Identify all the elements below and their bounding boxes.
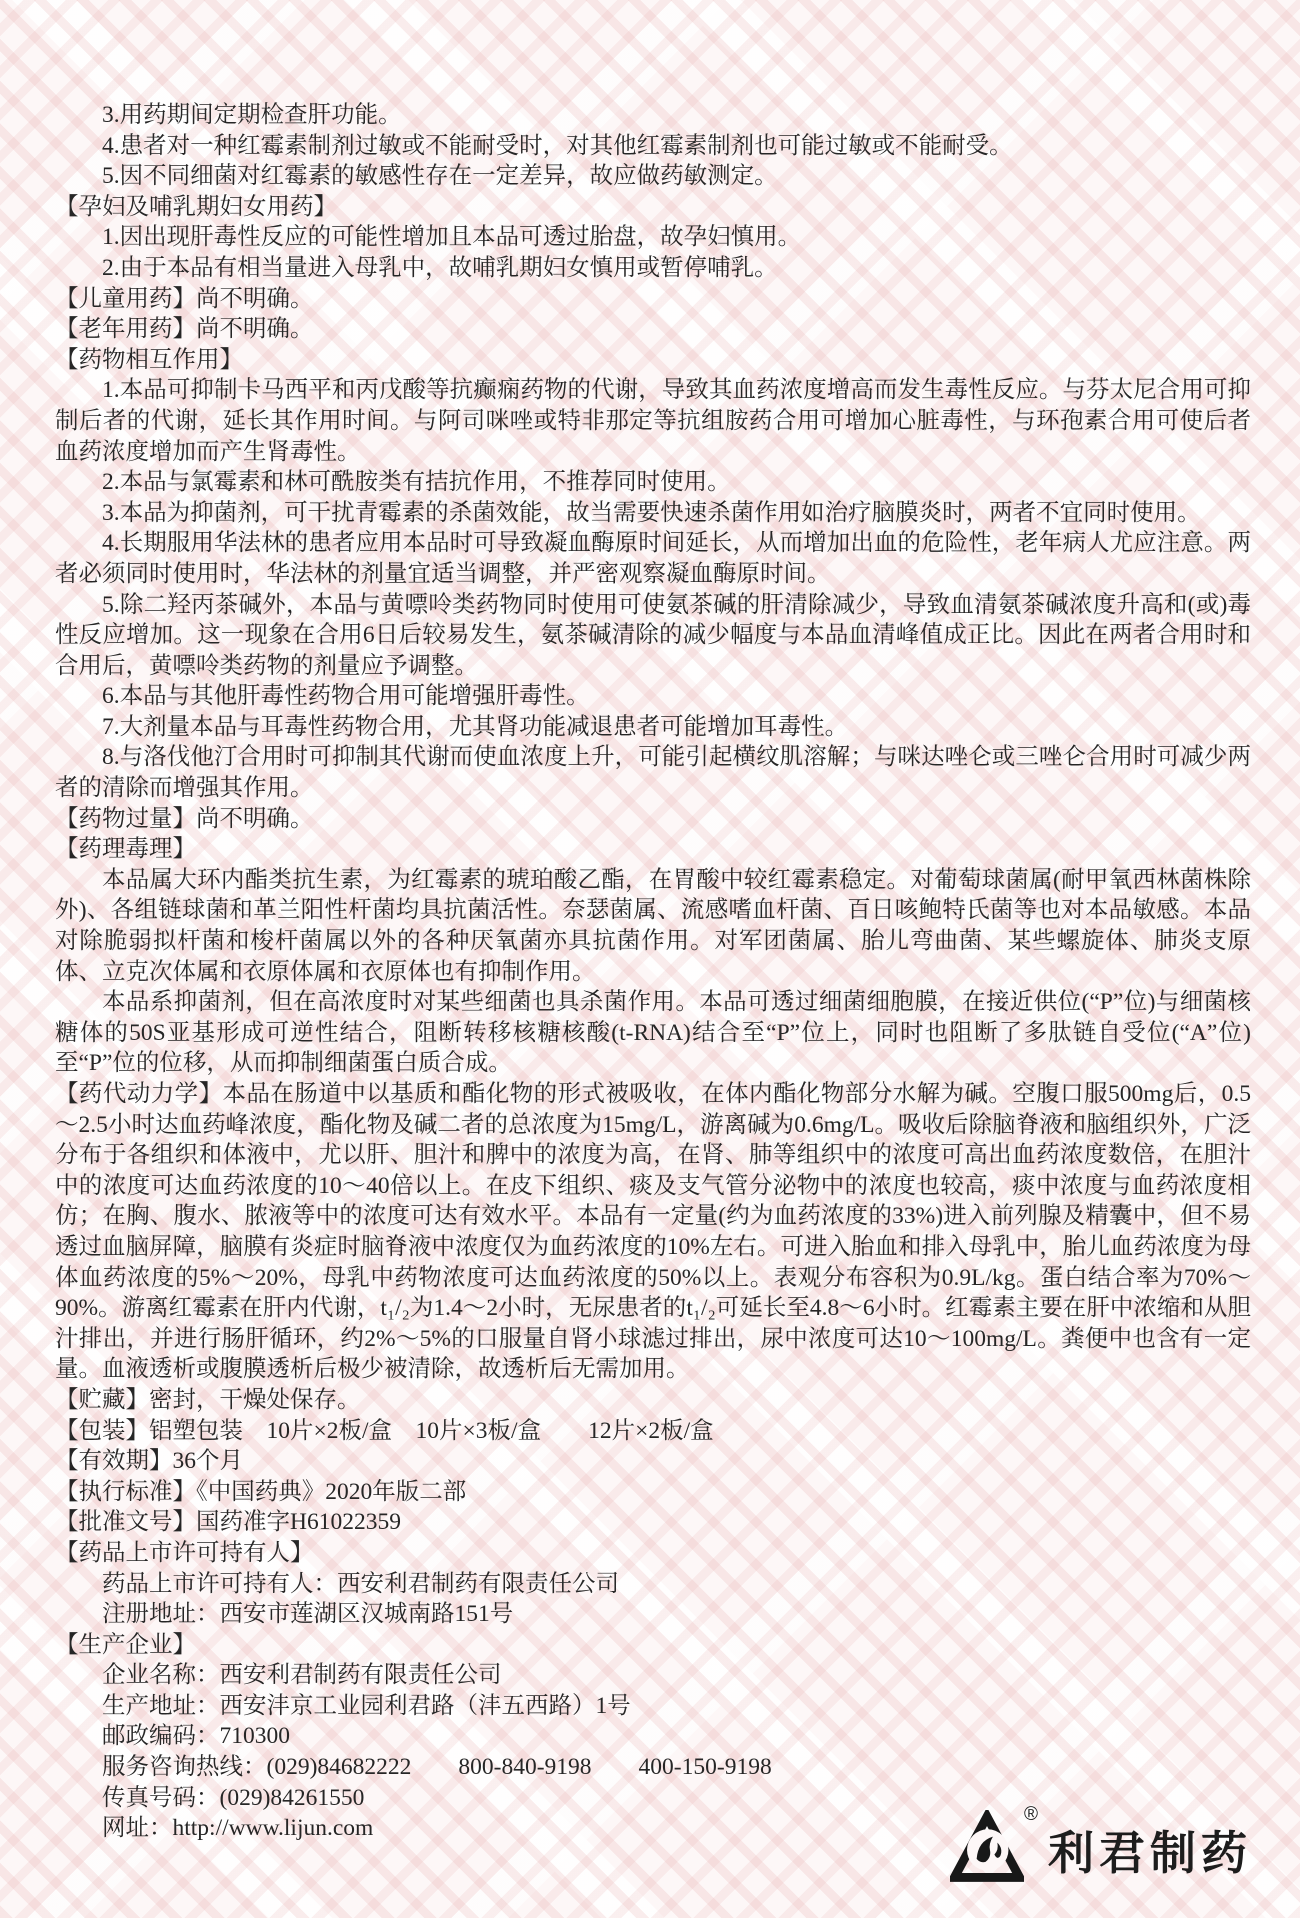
text-line: 3.用药期间定期检查肝功能。	[55, 100, 1251, 131]
text-line: 8.与洛伐他汀合用时可抑制其代谢而使血浓度上升，可能引起横纹肌溶解；与咪达唑仑或…	[55, 742, 1251, 803]
text-line: 注册地址：西安市莲湖区汉城南路151号	[55, 1599, 1251, 1630]
text-line: 2.本品与氯霉素和林可酰胺类有拮抗作用，不推荐同时使用。	[55, 467, 1251, 498]
brand-footer: ® 利君制药	[950, 1810, 1252, 1890]
text-line: 5.因不同细菌对红霉素的敏感性存在一定差异，故应做药敏测定。	[55, 161, 1251, 192]
text-line: 【药代动力学】本品在肠道中以基质和酯化物的形式被吸收，在体内酯化物部分水解为碱。…	[55, 1079, 1251, 1385]
text-line: 1.因出现肝毒性反应的可能性增加且本品可透过胎盘，故孕妇慎用。	[55, 222, 1251, 253]
text-line: 【药物过量】尚不明确。	[55, 804, 1251, 835]
text-line: 生产地址：西安沣京工业园利君路（沣五西路）1号	[55, 1691, 1251, 1722]
text-line: 传真号码：(029)84261550	[55, 1783, 1251, 1814]
text-line: 5.除二羟丙茶碱外，本品与黄嘌呤类药物同时使用可使氨茶碱的肝清除减少，导致血清氨…	[55, 590, 1251, 682]
text-line: 4.患者对一种红霉素制剂过敏或不能耐受时，对其他红霉素制剂也可能过敏或不能耐受。	[55, 131, 1251, 162]
text-line: 【药物相互作用】	[55, 345, 1251, 376]
text-line: 【老年用药】尚不明确。	[55, 314, 1251, 345]
text-line: 【包装】铝塑包装 10片×2板/盒 10片×3板/盒 12片×2板/盒	[55, 1416, 1251, 1447]
text-line: 服务咨询热线：(029)84682222 800-840-9198 400-15…	[55, 1752, 1251, 1783]
text-line: 邮政编码：710300	[55, 1721, 1251, 1752]
lijun-logo-icon: ®	[950, 1810, 1024, 1890]
text-line: 【执行标准】《中国药典》2020年版二部	[55, 1477, 1251, 1508]
text-line: 企业名称：西安利君制药有限责任公司	[55, 1660, 1251, 1691]
text-line: 7.大剂量本品与耳毒性药物合用，尤其肾功能减退患者可能增加耳毒性。	[55, 712, 1251, 743]
package-insert-page: { "colors": { "paper": "#fdf7f7", "water…	[0, 0, 1300, 1918]
text-line: 6.本品与其他肝毒性药物合用可能增强肝毒性。	[55, 681, 1251, 712]
text-line: 3.本品为抑菌剂，可干扰青霉素的杀菌效能，故当需要快速杀菌作用如治疗脑膜炎时，两…	[55, 498, 1251, 529]
text-line: 【儿童用药】尚不明确。	[55, 284, 1251, 315]
text-line: 4.长期服用华法林的患者应用本品时可导致凝血酶原时间延长，从而增加出血的危险性，…	[55, 528, 1251, 589]
text-line: 2.由于本品有相当量进入母乳中，故哺乳期妇女慎用或暂停哺乳。	[55, 253, 1251, 284]
text-line: 本品系抑菌剂，但在高浓度时对某些细菌也具杀菌作用。本品可透过细菌细胞膜，在接近供…	[55, 987, 1251, 1079]
text-line: 【药理毒理】	[55, 834, 1251, 865]
text-line: 【药品上市许可持有人】	[55, 1538, 1251, 1569]
text-line: 1.本品可抑制卡马西平和丙戊酸等抗癫痫药物的代谢，导致其血药浓度增高而发生毒性反…	[55, 375, 1251, 467]
registered-trademark-symbol: ®	[1024, 1804, 1038, 1826]
text-line: 【贮藏】密封，干燥处保存。	[55, 1385, 1251, 1416]
text-line: 【批准文号】国药准字H61022359	[55, 1507, 1251, 1538]
text-line: 【孕妇及哺乳期妇女用药】	[55, 192, 1251, 223]
text-line: 本品属大环内酯类抗生素，为红霉素的琥珀酸乙酯，在胃酸中较红霉素稳定。对葡萄球菌属…	[55, 865, 1251, 987]
text-line: 【有效期】36个月	[55, 1446, 1251, 1477]
insert-text-body: 3.用药期间定期检查肝功能。4.患者对一种红霉素制剂过敏或不能耐受时，对其他红霉…	[55, 100, 1251, 1844]
text-line: 【生产企业】	[55, 1630, 1251, 1661]
brand-name: 利君制药	[1048, 1817, 1252, 1883]
text-line: 药品上市许可持有人：西安利君制药有限责任公司	[55, 1569, 1251, 1600]
